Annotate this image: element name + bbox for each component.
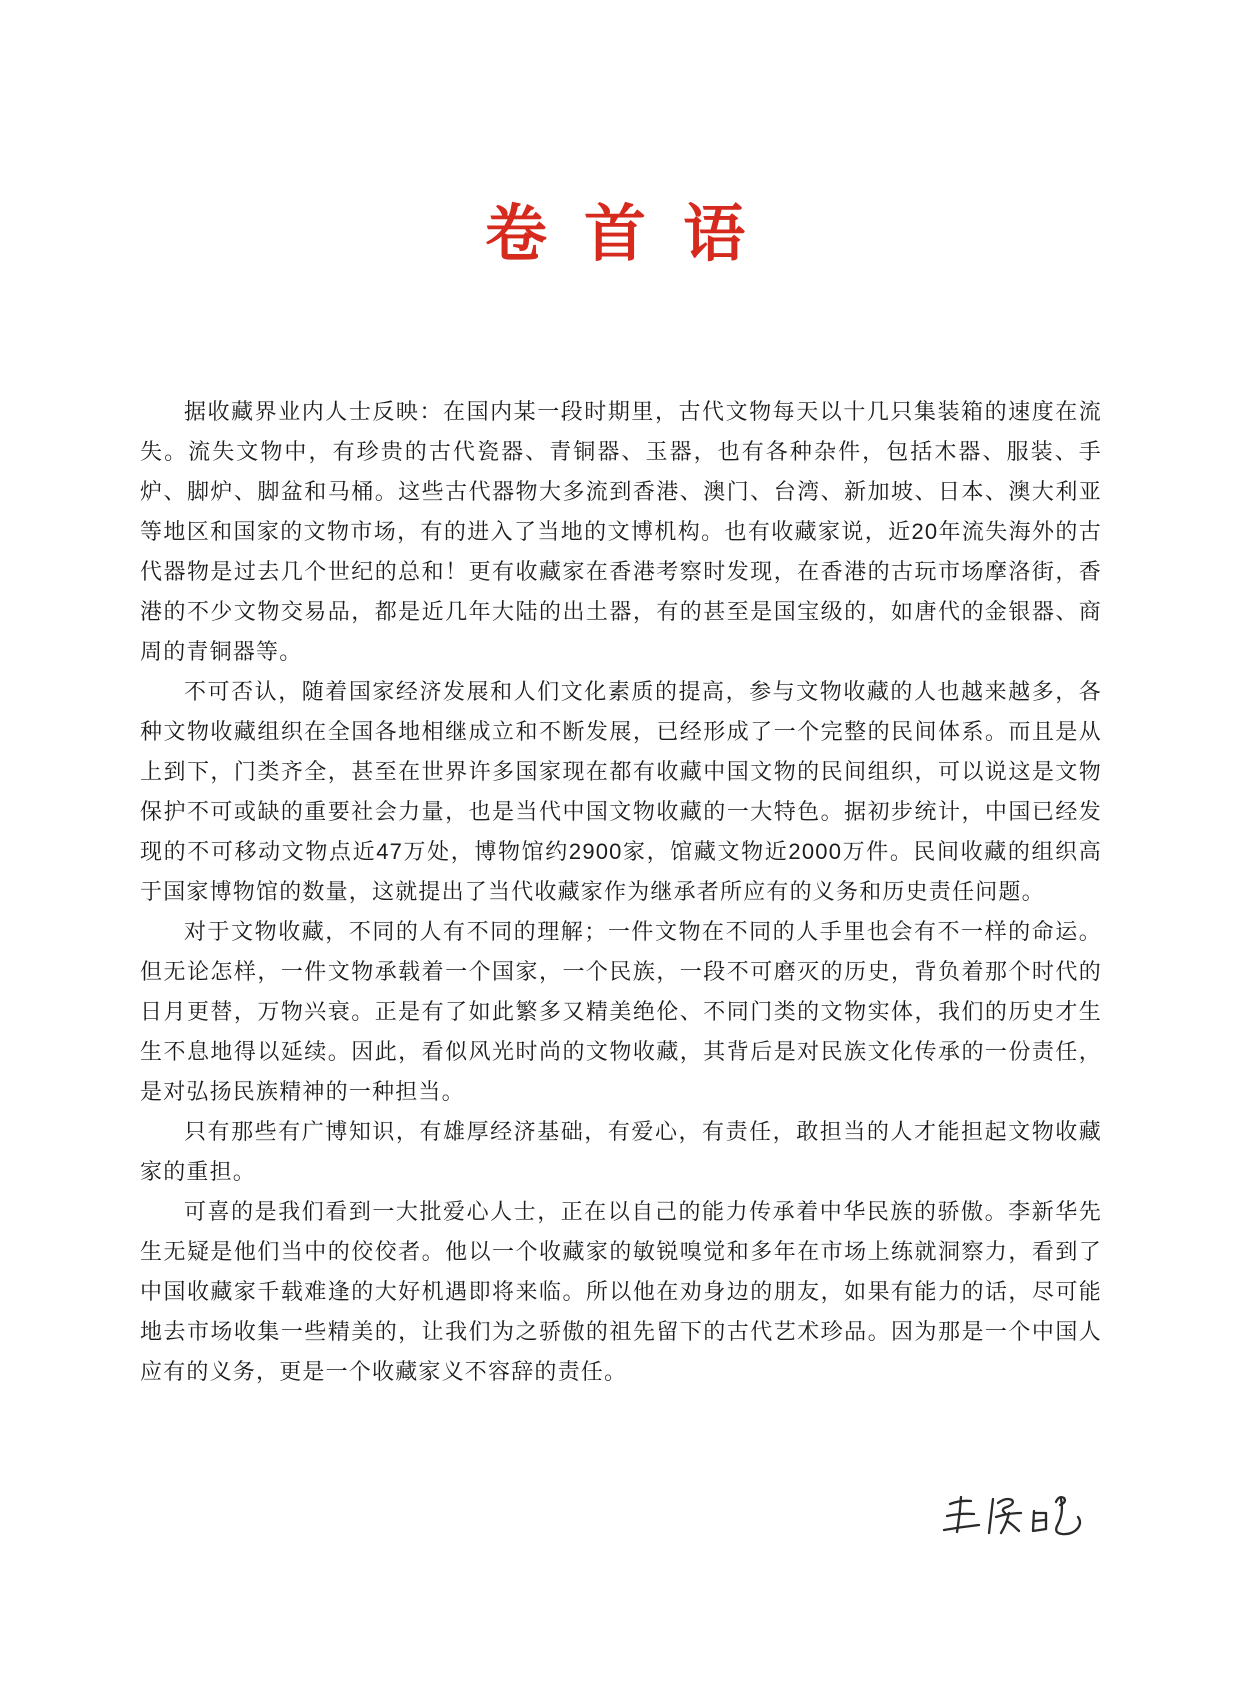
paragraph: 只有那些有广博知识，有雄厚经济基础，有爱心，有责任，敢担当的人才能担起文物收藏家… xyxy=(140,1112,1102,1192)
document-page: 卷 首 语 据收藏界业内人士反映：在国内某一段时期里，古代文物每天以十几只集装箱… xyxy=(0,0,1240,1683)
paragraph: 不可否认，随着国家经济发展和人们文化素质的提高，参与文物收藏的人也越来越多，各种… xyxy=(140,672,1102,912)
page-title: 卷 首 语 xyxy=(0,198,1240,272)
paragraph: 对于文物收藏，不同的人有不同的理解；一件文物在不同的人手里也会有不一样的命运。但… xyxy=(140,912,1102,1112)
paragraph: 可喜的是我们看到一大批爱心人士，正在以自己的能力传承着中华民族的骄傲。李新华先生… xyxy=(140,1192,1102,1392)
paragraph: 据收藏界业内人士反映：在国内某一段时期里，古代文物每天以十几只集装箱的速度在流失… xyxy=(140,392,1102,672)
signature-strokes xyxy=(940,1486,1092,1550)
signature-handwriting xyxy=(940,1486,1092,1550)
body-text: 据收藏界业内人士反映：在国内某一段时期里，古代文物每天以十几只集装箱的速度在流失… xyxy=(140,392,1102,1392)
